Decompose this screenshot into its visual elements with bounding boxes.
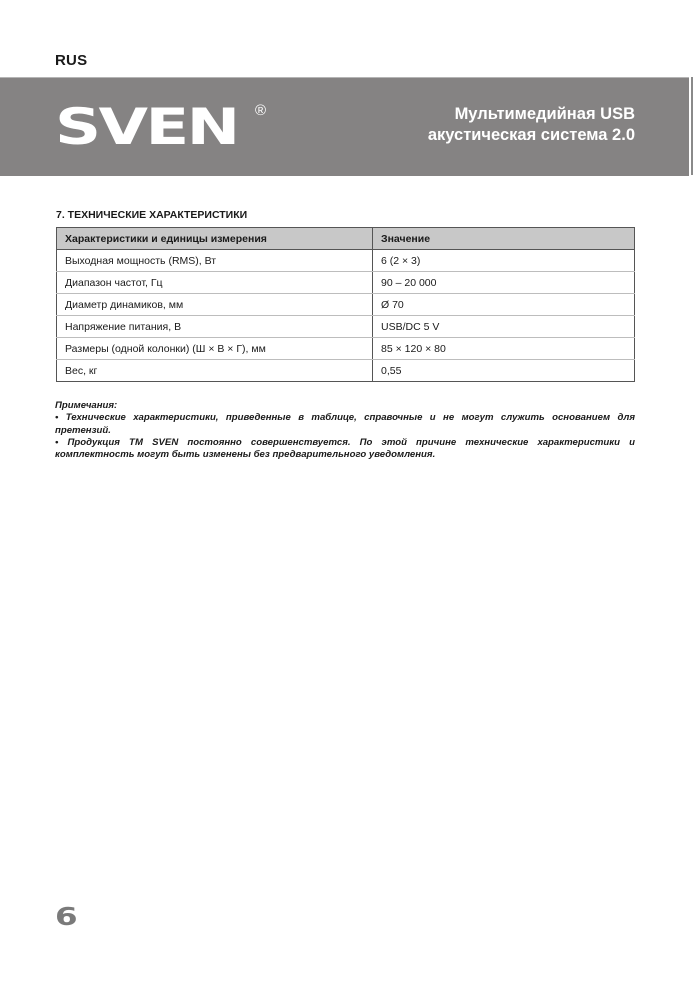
section-title: 7. ТЕХНИЧЕСКИЕ ХАРАКТЕРИСТИКИ [56, 209, 247, 221]
spec-name: Размеры (одной колонки) (Ш × В × Г), мм [57, 338, 373, 360]
product-title: Мультимедийная USB акустическая система … [428, 104, 635, 146]
product-title-line2: акустическая система 2.0 [428, 125, 635, 146]
note-item: • Технические характеристики, приведенны… [55, 412, 635, 437]
table-row: Напряжение питания, В USB/DC 5 V [57, 316, 635, 338]
table-row: Выходная мощность (RMS), Вт 6 (2 × 3) [57, 250, 635, 272]
table-row: Вес, кг 0,55 [57, 360, 635, 382]
spec-name: Выходная мощность (RMS), Вт [57, 250, 373, 272]
spec-name: Диаметр динамиков, мм [57, 294, 373, 316]
note-item: • Продукция ТМ SVEN постоянно совершенст… [55, 437, 635, 462]
column-header-characteristic: Характеристики и единицы измерения [57, 228, 373, 250]
spec-value: 85 × 120 × 80 [373, 338, 635, 360]
product-title-line1: Мультимедийная USB [428, 104, 635, 125]
table-row: Диапазон частот, Гц 90 – 20 000 [57, 272, 635, 294]
registered-mark-icon: ® [255, 102, 266, 119]
table-row: Диаметр динамиков, мм Ø 70 [57, 294, 635, 316]
spec-value: Ø 70 [373, 294, 635, 316]
spec-value: USB/DC 5 V [373, 316, 635, 338]
notes-block: Примечания: • Технические характеристики… [55, 400, 635, 461]
notes-heading: Примечания: [55, 400, 635, 412]
spec-name: Диапазон частот, Гц [57, 272, 373, 294]
table-row: Размеры (одной колонки) (Ш × В × Г), мм … [57, 338, 635, 360]
column-header-value: Значение [373, 228, 635, 250]
brand-logo: SVEN [55, 102, 238, 152]
spec-value: 90 – 20 000 [373, 272, 635, 294]
spec-value: 6 (2 × 3) [373, 250, 635, 272]
page-number: 6 [55, 904, 78, 929]
spec-name: Вес, кг [57, 360, 373, 382]
spec-value: 0,55 [373, 360, 635, 382]
spec-name: Напряжение питания, В [57, 316, 373, 338]
table-header-row: Характеристики и единицы измерения Значе… [57, 228, 635, 250]
language-label: RUS [55, 52, 87, 69]
specs-table: Характеристики и единицы измерения Значе… [56, 227, 635, 382]
